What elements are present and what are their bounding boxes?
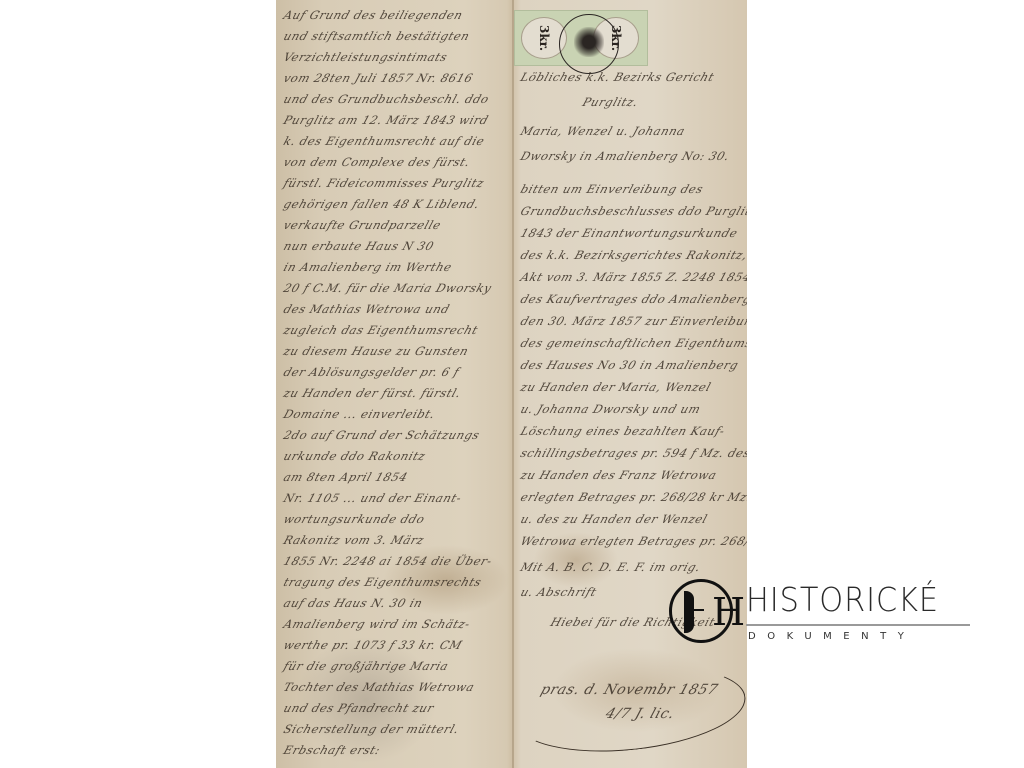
handwritten-line: für die großjährige Maria bbox=[282, 659, 451, 673]
closing-line: u. Abschrift bbox=[519, 585, 599, 599]
handwritten-line: 20 f C.M. für die Maria Dworsky bbox=[282, 281, 494, 295]
handwritten-line: Purglitz am 12. März 1843 wird bbox=[282, 113, 491, 127]
body-line: schillingsbetrages pr. 594 f Mz. des bbox=[519, 446, 747, 460]
logo-title: HISTORICKÉ bbox=[746, 582, 939, 618]
handwritten-line: des Mathias Wetrowa und bbox=[282, 302, 452, 316]
body-line: Löschung eines bezahlten Kauf- bbox=[519, 424, 727, 438]
closing-line: Mit A. B. C. D. E. F. im orig. bbox=[519, 560, 703, 574]
logo-monogram-bar bbox=[684, 609, 704, 611]
handwritten-line: Rakonitz vom 3. März bbox=[282, 533, 426, 547]
handwritten-line: 2do auf Grund der Schätzungs bbox=[282, 428, 482, 442]
body-line: des Kaufvertrages ddo Amalienberg bbox=[519, 292, 747, 306]
handwritten-line: in Amalienberg im Werthe bbox=[282, 260, 454, 274]
handwritten-line: Sicherstellung der mütterl. bbox=[282, 722, 461, 736]
handwritten-line: und stiftsamtlich bestätigten bbox=[282, 29, 472, 43]
handwritten-line: k. des Eigenthumsrecht auf die bbox=[282, 134, 487, 148]
petitioner-line: Maria, Wenzel u. Johanna bbox=[519, 124, 687, 138]
body-line: des k.k. Bezirksgerichtes Rakonitz, bbox=[519, 248, 747, 262]
body-line: u. Johanna Dworsky und um bbox=[519, 402, 703, 416]
handwritten-line: und des Grundbuchsbeschl. ddo bbox=[282, 92, 491, 106]
handwritten-line: und des Pfandrecht zur bbox=[282, 701, 436, 715]
handwritten-line: Domaine ... einverleibt. bbox=[282, 407, 438, 421]
handwritten-line: verkaufte Grundparzelle bbox=[282, 218, 443, 232]
body-line: zu Handen des Franz Wetrowa bbox=[519, 468, 719, 482]
handwritten-line: Nr. 1105 ... und der Einant- bbox=[282, 491, 464, 505]
handwritten-line: werthe pr. 1073 f 33 kr. CM bbox=[282, 638, 465, 652]
body-line: erlegten Betrages pr. 268/28 kr Mz. bbox=[519, 490, 747, 504]
addressee-line: Purglitz. bbox=[581, 95, 641, 109]
logo-monogram-letter: H bbox=[712, 593, 745, 631]
logo-divider bbox=[746, 624, 970, 626]
handwritten-line: von dem Complexe des fürst. bbox=[282, 155, 472, 169]
body-line: Akt vom 3. März 1855 Z. 2248 1854, dann bbox=[519, 270, 747, 284]
handwritten-line: urkunde ddo Rakonitz bbox=[282, 449, 428, 463]
logo-monogram-stroke bbox=[684, 591, 694, 633]
handwritten-line: auf das Haus N. 30 in bbox=[282, 596, 425, 610]
handwritten-line: nun erbaute Haus N 30 bbox=[282, 239, 436, 253]
handwritten-line: zu diesem Hause zu Gunsten bbox=[282, 344, 471, 358]
left-column: Auf Grund des beiliegenden und stiftsamt… bbox=[284, 0, 506, 768]
body-line: des gemeinschaftlichen Eigenthums bbox=[519, 336, 747, 350]
handwritten-line: am 8ten April 1854 bbox=[282, 470, 410, 484]
handwritten-line: der Ablösungsgelder pr. 6 f bbox=[282, 365, 462, 379]
handwritten-line: Auf Grund des beiliegenden bbox=[282, 8, 465, 22]
logo-subtitle: DOKUMENTY bbox=[748, 631, 915, 642]
handwritten-line: fürstl. Fideicommisses Purglitz bbox=[282, 176, 486, 190]
document-sheet: Auf Grund des beiliegenden und stiftsamt… bbox=[276, 0, 747, 768]
body-line: bitten um Einverleibung des bbox=[519, 182, 706, 196]
handwritten-line: wortungsurkunde ddo bbox=[282, 512, 427, 526]
handwritten-line: zu Handen der fürst. fürstl. bbox=[282, 386, 463, 400]
body-line: Wetrowa erlegten Betrages pr. 268/28 kr … bbox=[519, 534, 747, 548]
handwritten-line: Verzichtleistungsintimats bbox=[282, 50, 450, 64]
handwritten-line: Tochter des Mathias Wetrowa bbox=[282, 680, 477, 694]
petitioner-line: Dworsky in Amalienberg No: 30. bbox=[519, 149, 732, 163]
handwritten-line: tragung des Eigenthumsrechts bbox=[282, 575, 484, 589]
addressee-line: Löbliches k.k. Bezirks Gericht bbox=[519, 70, 717, 84]
body-line: Grundbuchsbeschlusses ddo Purglitz den 1… bbox=[519, 204, 747, 218]
body-line: u. des zu Handen der Wenzel bbox=[519, 512, 710, 526]
handwritten-line: 1855 Nr. 2248 ai 1854 die Über- bbox=[282, 554, 494, 568]
page-fold bbox=[512, 0, 514, 768]
body-line: des Hauses No 30 in Amalienberg bbox=[519, 358, 741, 372]
body-line: den 30. März 1857 zur Einverleibung bbox=[519, 314, 747, 328]
body-line: zu Handen der Maria, Wenzel bbox=[519, 380, 713, 394]
right-column: Löbliches k.k. Bezirks Gericht Purglitz.… bbox=[521, 0, 741, 768]
body-line: 1843 der Einantwortungsurkunde bbox=[519, 226, 740, 240]
handwritten-line: gehörigen fallen 48 K Liblend. bbox=[282, 197, 482, 211]
handwritten-line: Erbschaft erst: bbox=[282, 743, 383, 757]
handwritten-line: zugleich das Eigenthumsrecht bbox=[282, 323, 480, 337]
handwritten-line: vom 28ten Juli 1857 Nr. 8616 bbox=[282, 71, 475, 85]
handwritten-line: Amalienberg wird im Schätz- bbox=[282, 617, 472, 631]
